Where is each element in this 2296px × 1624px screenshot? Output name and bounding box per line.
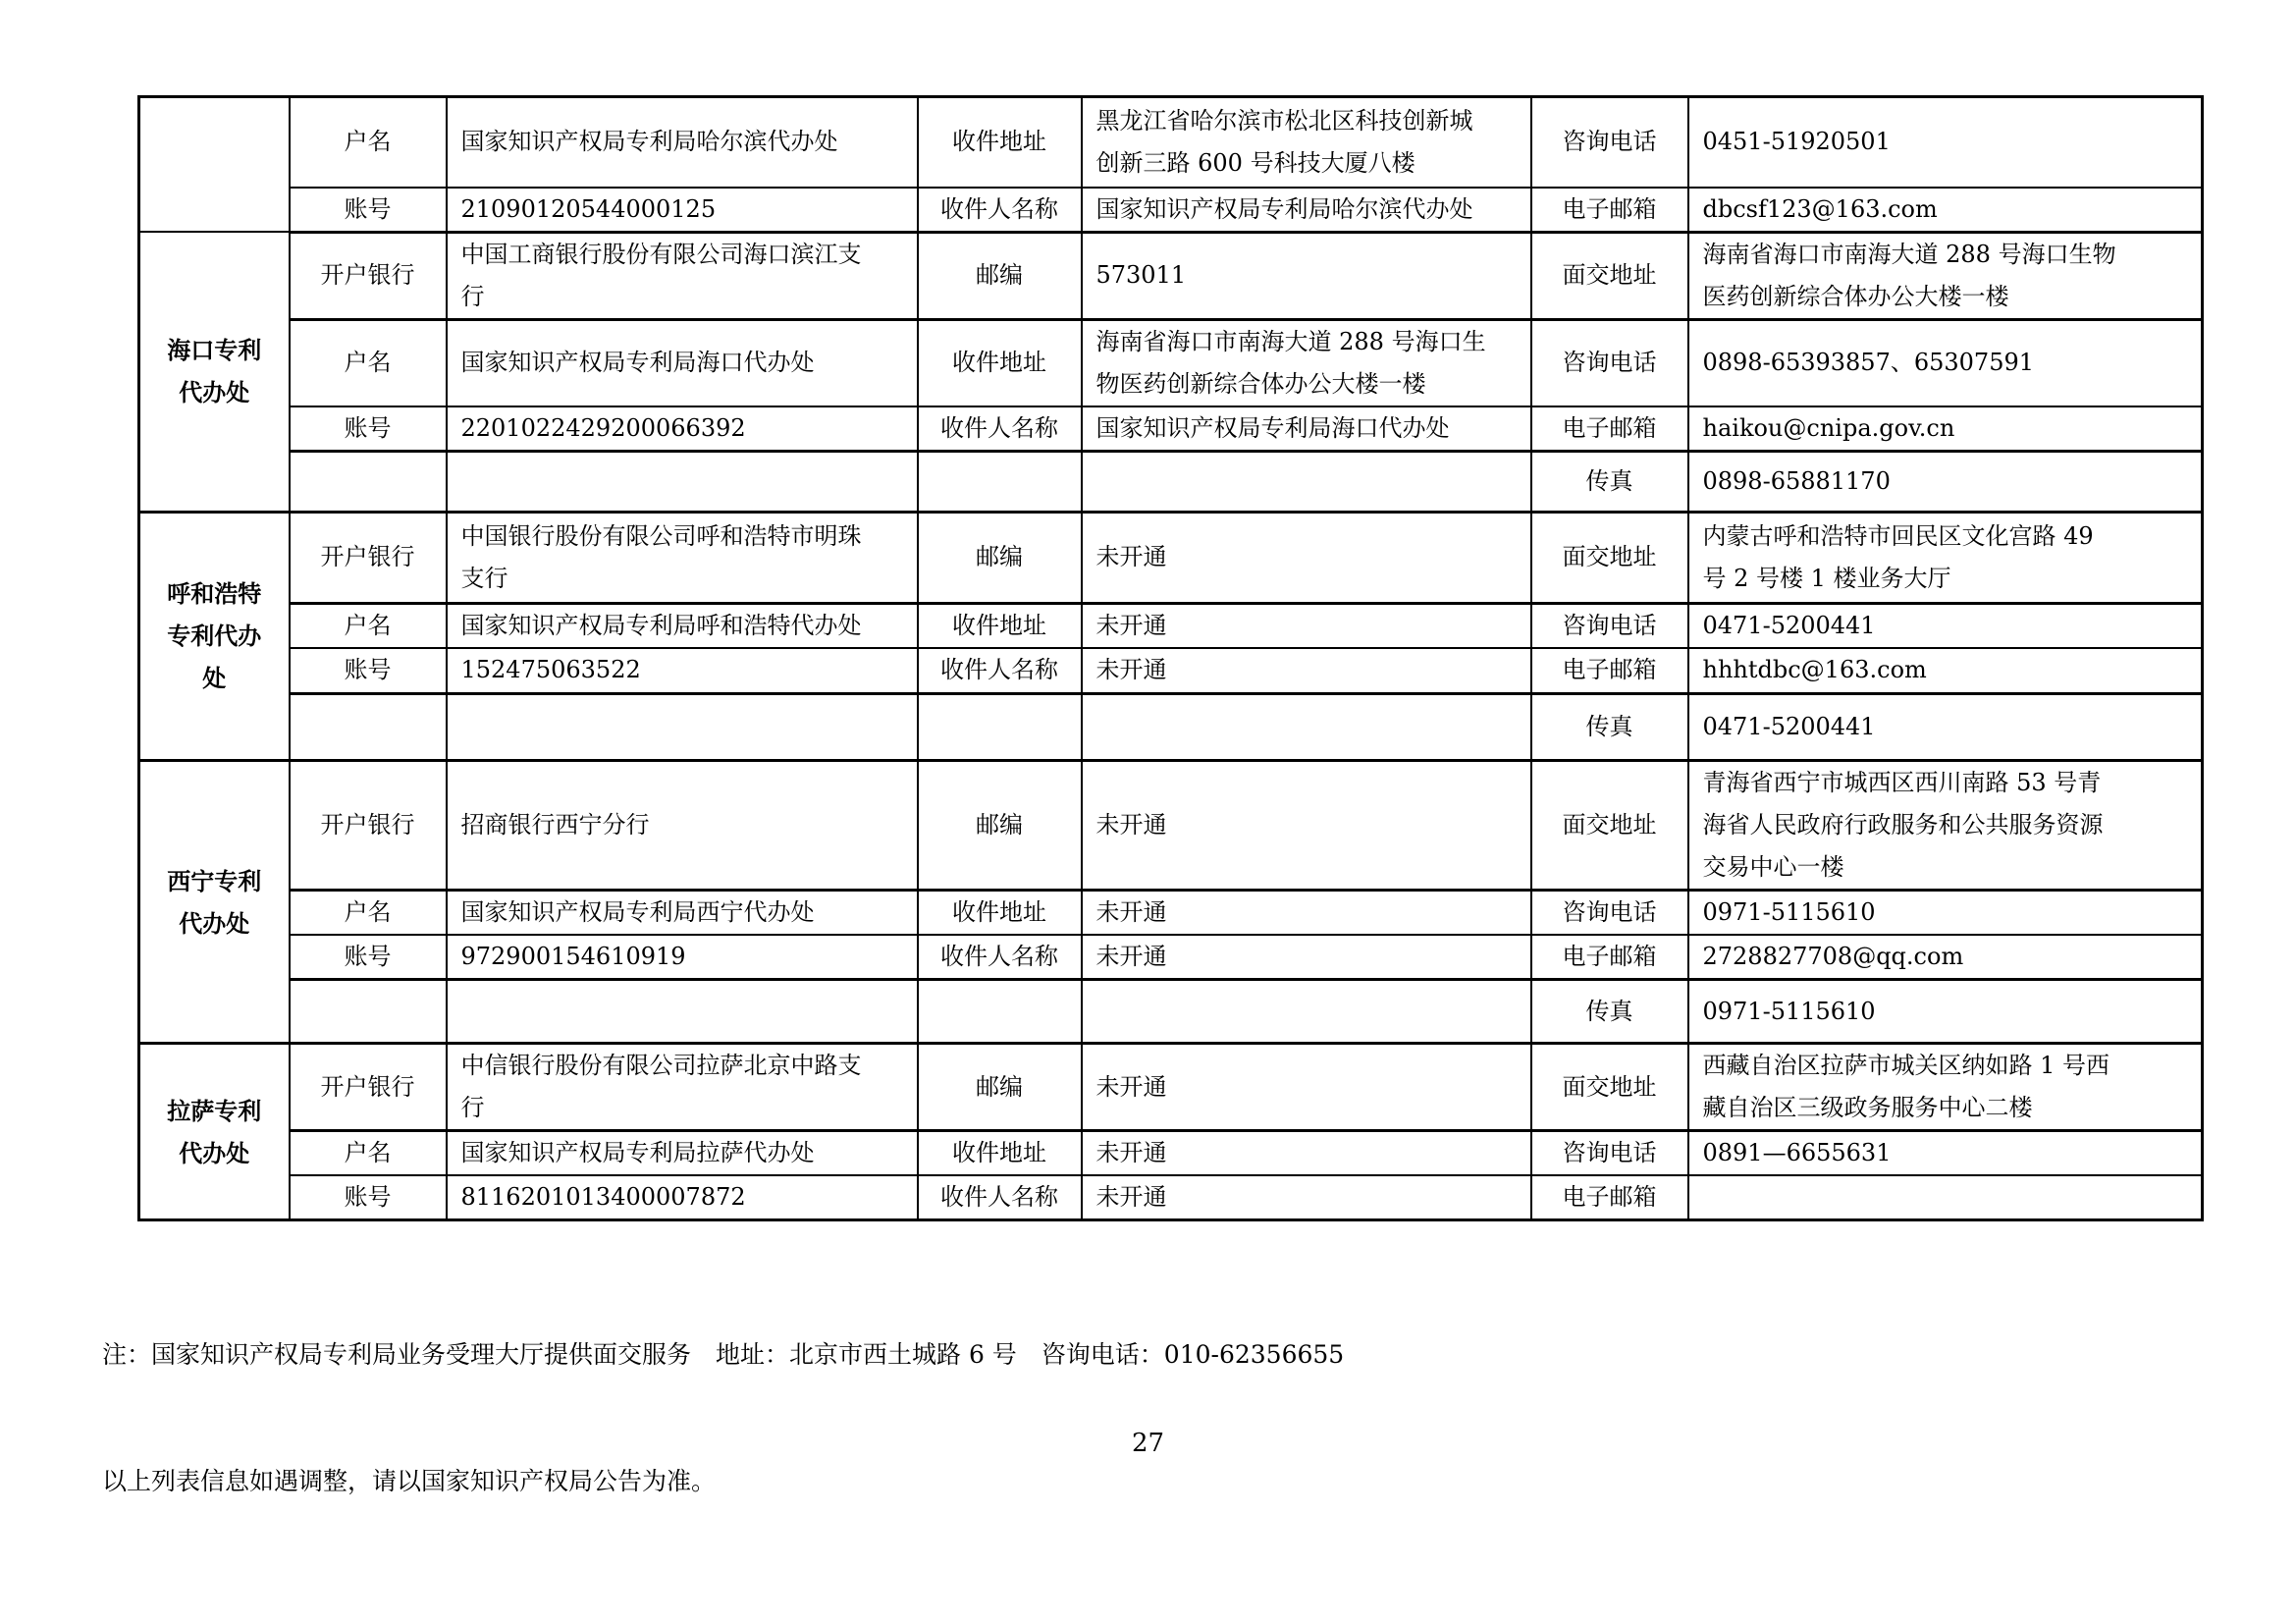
field-value-cell: 0471-5200441 [1688,603,2203,648]
field-label-cell: 开户银行 [290,232,447,319]
footnote-line-1: 注：国家知识产权局专利局业务受理大厅提供面交服务 地址：北京市西土城路 6 号 … [102,1333,1344,1376]
field-value-cell: 国家知识产权局专利局呼和浩特代办处 [447,603,918,648]
field-label-cell: 传真 [1531,451,1688,512]
field-value-cell: 2201022429200066392 [447,406,918,452]
field-label-cell: 面交地址 [1531,512,1688,603]
field-value-cell: dbcsf123@163.com [1688,188,2203,233]
field-label-cell: 收件地址 [918,1131,1082,1176]
table-row: 户名 国家知识产权局专利局哈尔滨代办处 收件地址 黑龙江省哈尔滨市松北区科技创新… [139,97,2203,188]
field-value-cell: 未开通 [1082,891,1531,936]
document-page: 户名 国家知识产权局专利局哈尔滨代办处 收件地址 黑龙江省哈尔滨市松北区科技创新… [0,0,2296,1624]
field-value-cell: 152475063522 [447,648,918,694]
field-label-cell [918,451,1082,512]
field-value-cell: 未开通 [1082,1044,1531,1131]
field-label-cell [290,451,447,512]
field-label-cell: 邮编 [918,232,1082,319]
table-row: 户名 国家知识产权局专利局西宁代办处 收件地址 未开通 咨询电话 0971-51… [139,891,2203,936]
table-row: 传真 0898-65881170 [139,451,2203,512]
footnote-line-2: 以上列表信息如遇调整，请以国家知识产权局公告为准。 [102,1460,1344,1502]
field-value-cell: 0451-51920501 [1688,97,2203,188]
field-label-cell: 咨询电话 [1531,319,1688,406]
field-value-cell: 国家知识产权局专利局海口代办处 [1082,406,1531,452]
field-label-cell: 户名 [290,891,447,936]
table-row: 户名 国家知识产权局专利局呼和浩特代办处 收件地址 未开通 咨询电话 0471-… [139,603,2203,648]
field-value-cell: 中国银行股份有限公司呼和浩特市明珠支行 [447,512,918,603]
field-value-cell: 2728827708@qq.com [1688,935,2203,980]
field-label-cell [290,694,447,761]
field-value-cell [1082,980,1531,1044]
field-label-cell: 收件地址 [918,891,1082,936]
field-label-cell: 咨询电话 [1531,97,1688,188]
table-row: 账号 8116201013400007872 收件人名称 未开通 电子邮箱 [139,1175,2203,1220]
office-name-cell: 拉萨专利代办处 [139,1044,290,1220]
field-value-cell: 国家知识产权局专利局海口代办处 [447,319,918,406]
field-value-cell: 国家知识产权局专利局西宁代办处 [447,891,918,936]
table-row: 西宁专利代办处 开户银行 招商银行西宁分行 邮编 未开通 面交地址 青海省西宁市… [139,761,2203,891]
field-label-cell: 咨询电话 [1531,891,1688,936]
table-row: 传真 0471-5200441 [139,694,2203,761]
field-label-cell: 邮编 [918,761,1082,891]
field-label-cell: 咨询电话 [1531,1131,1688,1176]
field-value-cell: 573011 [1082,232,1531,319]
table-row: 海口专利代办处 开户银行 中国工商银行股份有限公司海口滨江支行 邮编 57301… [139,232,2203,319]
field-value-cell: 未开通 [1082,1175,1531,1220]
field-label-cell: 户名 [290,319,447,406]
field-value-cell: 未开通 [1082,1131,1531,1176]
patent-office-contact-table: 户名 国家知识产权局专利局哈尔滨代办处 收件地址 黑龙江省哈尔滨市松北区科技创新… [137,95,2204,1221]
field-label-cell [918,980,1082,1044]
field-value-cell: 海南省海口市南海大道 288 号海口生物医药创新综合体办公大楼一楼 [1082,319,1531,406]
table-row: 账号 972900154610919 收件人名称 未开通 电子邮箱 272882… [139,935,2203,980]
field-label-cell: 面交地址 [1531,1044,1688,1131]
field-label-cell: 账号 [290,935,447,980]
table-row: 拉萨专利代办处 开户银行 中信银行股份有限公司拉萨北京中路支行 邮编 未开通 面… [139,1044,2203,1131]
field-label-cell: 户名 [290,1131,447,1176]
field-value-cell: 海南省海口市南海大道 288 号海口生物医药创新综合体办公大楼一楼 [1688,232,2203,319]
table-row: 户名 国家知识产权局专利局海口代办处 收件地址 海南省海口市南海大道 288 号… [139,319,2203,406]
field-label-cell: 户名 [290,603,447,648]
field-value-cell: 8116201013400007872 [447,1175,918,1220]
table-row: 户名 国家知识产权局专利局拉萨代办处 收件地址 未开通 咨询电话 0891—66… [139,1131,2203,1176]
table-row: 账号 21090120544000125 收件人名称 国家知识产权局专利局哈尔滨… [139,188,2203,233]
field-value-cell: 内蒙古呼和浩特市回民区文化宫路 49 号 2 号楼 1 楼业务大厅 [1688,512,2203,603]
field-value-cell: haikou@cnipa.gov.cn [1688,406,2203,452]
field-label-cell: 面交地址 [1531,761,1688,891]
field-label-cell: 收件地址 [918,319,1082,406]
field-label-cell: 账号 [290,188,447,233]
field-label-cell: 收件人名称 [918,188,1082,233]
field-value-cell: 未开通 [1082,603,1531,648]
field-value-cell: 黑龙江省哈尔滨市松北区科技创新城创新三路 600 号科技大厦八楼 [1082,97,1531,188]
field-value-cell: 未开通 [1082,512,1531,603]
field-value-cell: 未开通 [1082,761,1531,891]
office-name-cell: 西宁专利代办处 [139,761,290,1044]
field-label-cell: 收件人名称 [918,935,1082,980]
page-number: 27 [0,1429,2296,1458]
field-value-cell [1082,451,1531,512]
field-value-cell: 0898-65393857、65307591 [1688,319,2203,406]
field-value-cell [447,980,918,1044]
field-label-cell: 邮编 [918,1044,1082,1131]
field-value-cell: 国家知识产权局专利局拉萨代办处 [447,1131,918,1176]
field-value-cell: 西藏自治区拉萨市城关区纳如路 1 号西藏自治区三级政务服务中心二楼 [1688,1044,2203,1131]
field-label-cell: 电子邮箱 [1531,648,1688,694]
field-value-cell: 国家知识产权局专利局哈尔滨代办处 [447,97,918,188]
field-label-cell: 开户银行 [290,512,447,603]
field-label-cell: 电子邮箱 [1531,935,1688,980]
field-label-cell: 收件人名称 [918,1175,1082,1220]
field-label-cell: 账号 [290,406,447,452]
field-value-cell: 中国工商银行股份有限公司海口滨江支行 [447,232,918,319]
field-value-cell: 0971-5115610 [1688,980,2203,1044]
table-row: 呼和浩特专利代办处 开户银行 中国银行股份有限公司呼和浩特市明珠支行 邮编 未开… [139,512,2203,603]
field-value-cell: 0471-5200441 [1688,694,2203,761]
field-label-cell: 电子邮箱 [1531,1175,1688,1220]
field-label-cell: 账号 [290,648,447,694]
field-value-cell [1082,694,1531,761]
field-label-cell: 开户银行 [290,761,447,891]
field-label-cell: 收件地址 [918,97,1082,188]
field-value-cell: hhhtdbc@163.com [1688,648,2203,694]
field-value-cell: 未开通 [1082,935,1531,980]
field-value-cell [447,451,918,512]
field-label-cell: 传真 [1531,694,1688,761]
field-value-cell: 招商银行西宁分行 [447,761,918,891]
field-value-cell: 国家知识产权局专利局哈尔滨代办处 [1082,188,1531,233]
field-label-cell: 收件人名称 [918,648,1082,694]
field-label-cell: 电子邮箱 [1531,188,1688,233]
field-value-cell [447,694,918,761]
field-value-cell [1688,1175,2203,1220]
footnote: 注：国家知识产权局专利局业务受理大厅提供面交服务 地址：北京市西土城路 6 号 … [102,1249,1344,1587]
field-label-cell: 户名 [290,97,447,188]
field-label-cell: 电子邮箱 [1531,406,1688,452]
field-label-cell [918,694,1082,761]
field-value-cell: 0891—6655631 [1688,1131,2203,1176]
field-label-cell: 传真 [1531,980,1688,1044]
field-value-cell: 中信银行股份有限公司拉萨北京中路支行 [447,1044,918,1131]
field-label-cell: 开户银行 [290,1044,447,1131]
field-value-cell: 0898-65881170 [1688,451,2203,512]
office-name-cell: 海口专利代办处 [139,232,290,512]
field-label-cell: 收件人名称 [918,406,1082,452]
field-label-cell: 账号 [290,1175,447,1220]
field-value-cell: 青海省西宁市城西区西川南路 53 号青海省人民政府行政服务和公共服务资源交易中心… [1688,761,2203,891]
table-row: 账号 152475063522 收件人名称 未开通 电子邮箱 hhhtdbc@1… [139,648,2203,694]
field-label-cell: 咨询电话 [1531,603,1688,648]
field-value-cell: 0971-5115610 [1688,891,2203,936]
office-name-cell: 呼和浩特专利代办处 [139,512,290,761]
field-label-cell: 收件地址 [918,603,1082,648]
field-value-cell: 972900154610919 [447,935,918,980]
table-row: 账号 2201022429200066392 收件人名称 国家知识产权局专利局海… [139,406,2203,452]
field-label-cell: 面交地址 [1531,232,1688,319]
office-name-cell [139,97,290,233]
field-label-cell [290,980,447,1044]
field-value-cell: 未开通 [1082,648,1531,694]
field-label-cell: 邮编 [918,512,1082,603]
field-value-cell: 21090120544000125 [447,188,918,233]
table-row: 传真 0971-5115610 [139,980,2203,1044]
